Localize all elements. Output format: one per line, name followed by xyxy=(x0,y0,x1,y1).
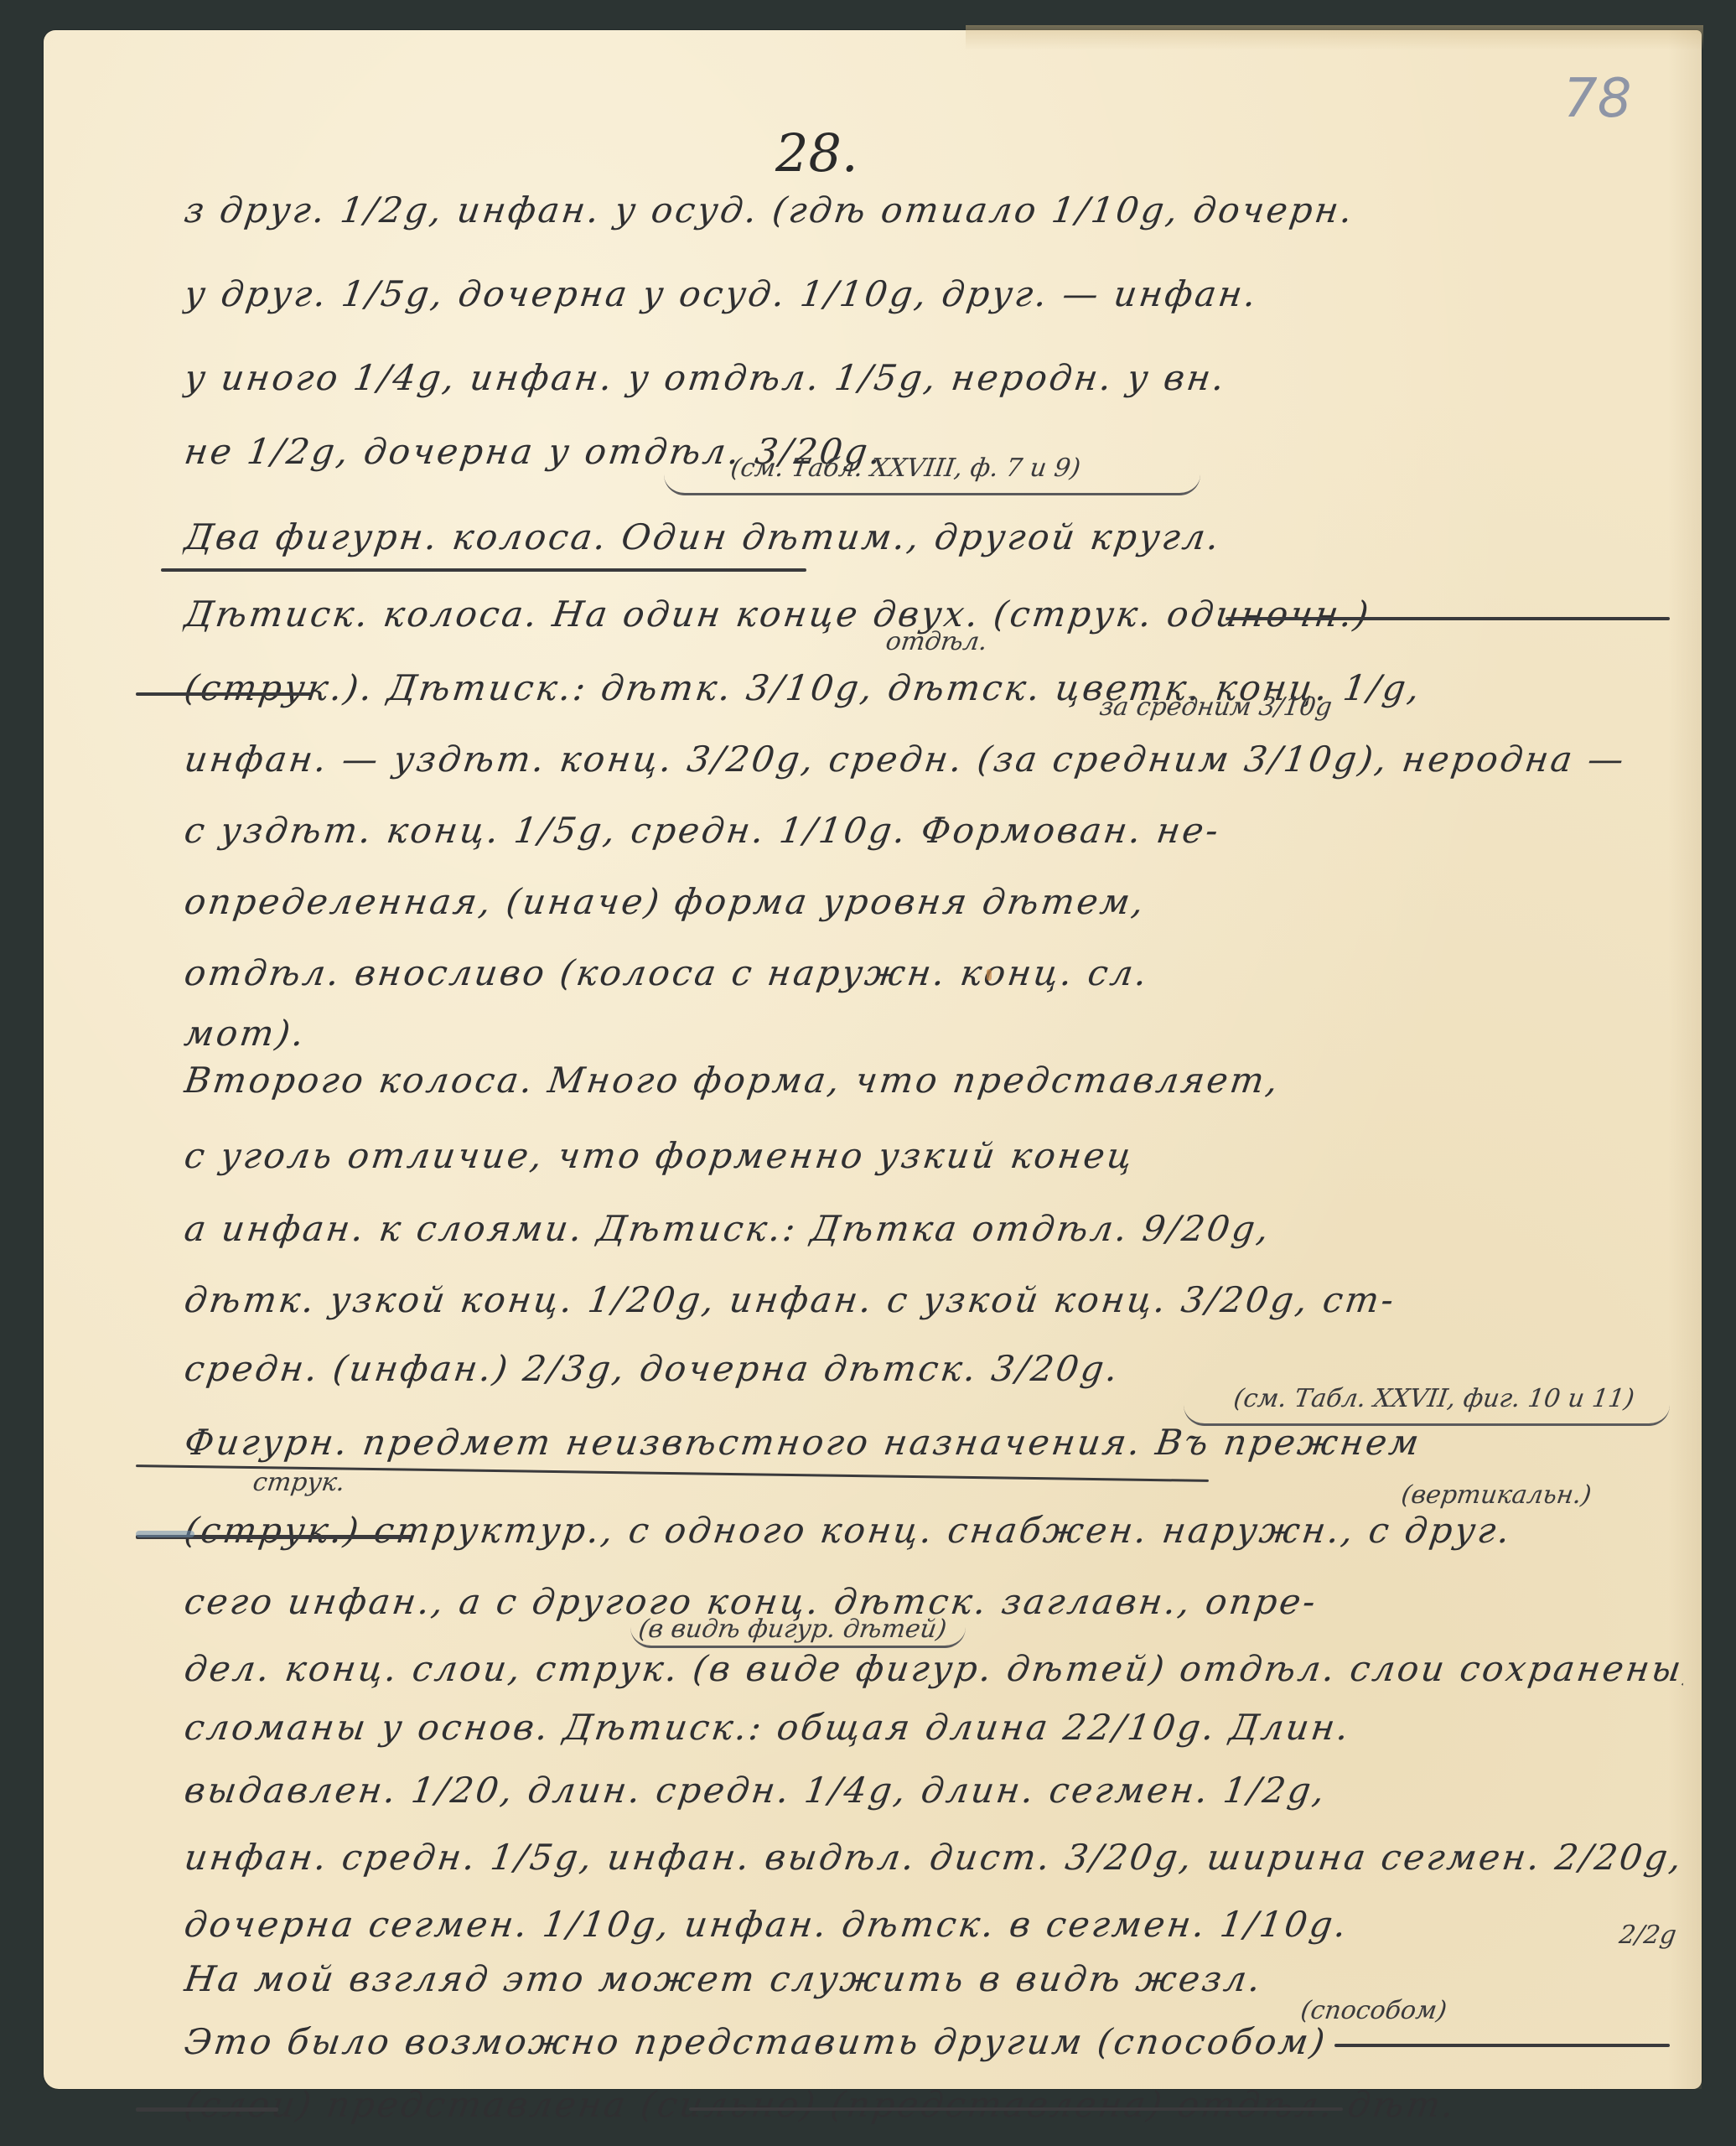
text-line-24: инфан. средн. 1/5g, инфан. выдѣл. дист. … xyxy=(182,1837,1688,1878)
inline-correction-2: (способом) xyxy=(1299,1996,1449,2025)
paper-stain xyxy=(987,969,992,981)
margin-note-right: (вертикальн.) xyxy=(1400,1480,1593,1510)
reference-bracket-3 xyxy=(630,1627,966,1648)
text-line-1: з друг. 1/2g, инфан. у осуд. (гдѣ отиало… xyxy=(182,189,1688,231)
text-line-13: Второго колоса. Много форма, что предста… xyxy=(182,1060,1688,1101)
text-line-3: у иного 1/4g, инфан. у отдѣл. 1/5g, неро… xyxy=(182,357,1688,398)
text-line-27: Это было возможно представить другим (сп… xyxy=(182,2021,1688,2062)
text-line-2: у друг. 1/5g, дочерна у осуд. 1/10g, дру… xyxy=(182,273,1688,314)
strikethrough-6 xyxy=(689,2107,1343,2111)
above-line-note-2: за средним 3/10g xyxy=(1098,692,1334,722)
blue-ink-mark xyxy=(136,1531,194,1537)
text-line-18: Фигурн. предмет неизвѣстного назначения.… xyxy=(182,1422,1688,1463)
strikethrough-4 xyxy=(1334,2044,1670,2047)
text-line-19: (струк.) структур., с одного конц. снабж… xyxy=(182,1510,1688,1551)
text-line-22: сломаны у основ. Дѣтиск.: общая длина 22… xyxy=(182,1707,1688,1748)
page-number: 28. xyxy=(775,122,858,184)
text-line-16: дѣтк. узкой конц. 1/20g, инфан. с узкой … xyxy=(182,1279,1688,1320)
text-line-25: дочерна сегмен. 1/10g, инфан. дѣтск. в с… xyxy=(182,1904,1688,1945)
text-line-7: (струк.). Дѣтиск.: дѣтк. 3/10g, дѣтск. ц… xyxy=(182,667,1688,708)
above-line-note-1: отдѣл. xyxy=(884,627,990,656)
inline-correction-1: струк. xyxy=(251,1468,347,1497)
strikethrough-2 xyxy=(136,692,312,696)
reference-bracket-1 xyxy=(664,474,1200,495)
heading-underline-1 xyxy=(161,568,806,572)
text-line-8: инфан. — уздѣт. конц. 3/20g, средн. (за … xyxy=(182,739,1688,780)
manuscript-page: 28. 78 з друг. 1/2g, инфан. у осуд. (гдѣ… xyxy=(44,30,1702,2089)
text-line-15: а инфан. к слоями. Дѣтиск.: Дѣтка отдѣл.… xyxy=(182,1208,1688,1249)
text-line-26: На мой взгляд это может служить в видѣ ж… xyxy=(182,1958,1688,1999)
text-line-17: средн. (инфан.) 2/3g, дочерна дѣтск. 3/2… xyxy=(182,1348,1688,1389)
text-line-28: (слои) представлена (сильно) (представле… xyxy=(182,2084,1688,2125)
strikethrough-5 xyxy=(136,2107,278,2112)
archive-folio-number: 78 xyxy=(1563,68,1631,130)
text-line-10: определенная, (иначе) форма уровня дѣтем… xyxy=(182,881,1688,922)
text-line-23: выдавлен. 1/20, длин. средн. 1/4g, длин.… xyxy=(182,1770,1688,1811)
text-line-9: с уздѣт. конц. 1/5g, средн. 1/10g. Формо… xyxy=(182,810,1688,851)
text-line-14: с уголь отличие, что форменно узкий коне… xyxy=(182,1135,1688,1176)
text-line-21: дел. конц. слои, струк. (в виде фигур. д… xyxy=(182,1648,1688,1689)
margin-fraction: 2/2g xyxy=(1618,1921,1678,1950)
text-line-12: мот). xyxy=(182,1013,1688,1054)
text-line-11: отдѣл. вносливо (колоса с наружн. конц. … xyxy=(182,952,1688,993)
strikethrough-1 xyxy=(1226,617,1670,620)
torn-top-edge xyxy=(966,25,1703,50)
text-line-5: Два фигурн. колоса. Один дѣтим., другой … xyxy=(182,516,1688,557)
